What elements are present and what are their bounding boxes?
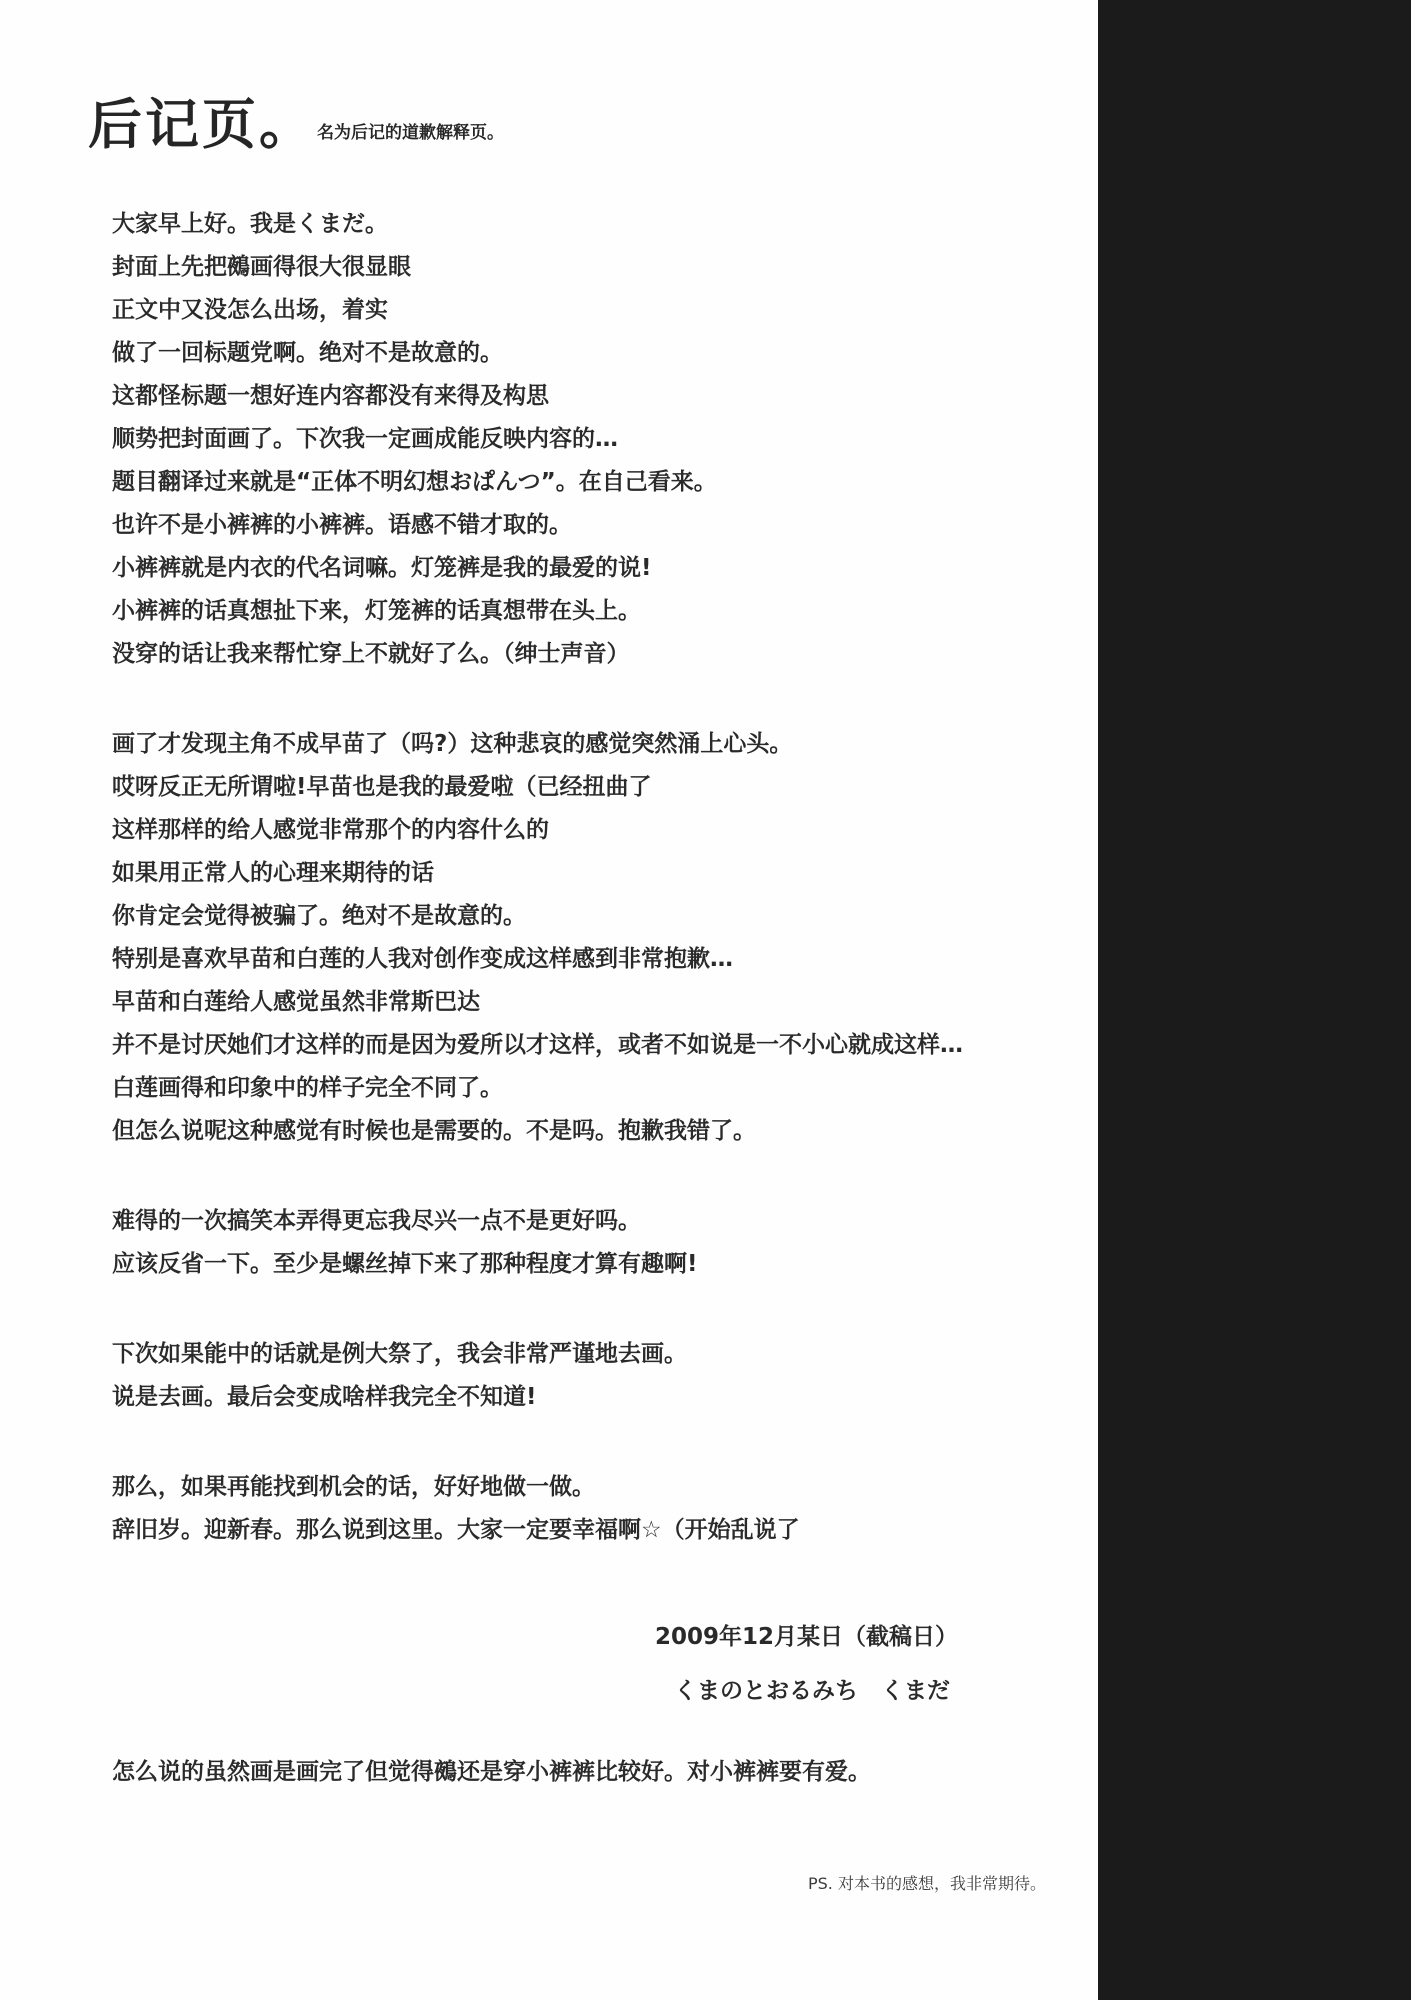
page-title: 后记页。 (88, 82, 316, 159)
text-line: 题目翻译过来就是“正体不明幻想おぱんつ”。在自己看来。 (112, 461, 1072, 504)
ps-note: PS. 对本书的感想，我非常期待。 (808, 1871, 1046, 1894)
paragraph-5: 那么，如果再能找到机会的话，好好地做一做。 辞旧岁。迎新春。那么说到这里。大家一… (112, 1466, 1072, 1552)
text-line: 并不是讨厌她们才这样的而是因为爱所以才这样，或者不如说是一不小心就成这样… (112, 1024, 1072, 1067)
text-line: 小裤裤就是内衣的代名词嘛。灯笼裤是我的最爱的说! (112, 547, 1072, 590)
date-line: 2009年12月某日（截稿日） (0, 1618, 958, 1651)
text-line: 这样那样的给人感觉非常那个的内容什么的 (112, 809, 1072, 852)
text-line: 顺势把封面画了。下次我一定画成能反映内容的… (112, 418, 1072, 461)
paragraph-4: 下次如果能中的话就是例大祭了，我会非常严谨地去画。 说是去画。最后会变成啥样我完… (112, 1333, 1072, 1419)
text-line: 也许不是小裤裤的小裤裤。语感不错才取的。 (112, 504, 1072, 547)
text-line: 封面上先把鵺画得很大很显眼 (112, 246, 1072, 289)
text-line: 辞旧岁。迎新春。那么说到这里。大家一定要幸福啊☆（开始乱说了 (112, 1509, 1072, 1552)
text-line: 这都怪标题一想好连内容都没有来得及构思 (112, 375, 1072, 418)
text-line: 应该反省一下。至少是螺丝掉下来了那种程度才算有趣啊! (112, 1243, 1072, 1286)
right-black-margin-bar (1098, 0, 1411, 2000)
afterword-page: 后记页。 名为后记的道歉解释页。 大家早上好。我是くまだ。 封面上先把鵺画得很大… (0, 0, 1411, 2000)
text-line: 大家早上好。我是くまだ。 (112, 203, 1072, 246)
text-line: 说是去画。最后会变成啥样我完全不知道! (112, 1376, 1072, 1419)
text-line: 下次如果能中的话就是例大祭了，我会非常严谨地去画。 (112, 1333, 1072, 1376)
signature-line: くまのとおるみち くまだ (0, 1672, 950, 1705)
text-line: 正文中又没怎么出场，着实 (112, 289, 1072, 332)
text-line: 早苗和白莲给人感觉虽然非常斯巴达 (112, 981, 1072, 1024)
text-line: 没穿的话让我来帮忙穿上不就好了么。（绅士声音） (112, 633, 1072, 676)
closing-line: 怎么说的虽然画是画完了但觉得鵺还是穿小裤裤比较好。对小裤裤要有爱。 (112, 1753, 871, 1786)
text-line: 哎呀反正无所谓啦!早苗也是我的最爱啦（已经扭曲了 (112, 766, 1072, 809)
text-line: 白莲画得和印象中的样子完全不同了。 (112, 1067, 1072, 1110)
paragraph-2: 画了才发现主角不成早苗了（吗?）这种悲哀的感觉突然涌上心头。 哎呀反正无所谓啦!… (112, 723, 1072, 1153)
text-line: 如果用正常人的心理来期待的话 (112, 852, 1072, 895)
page-subtitle: 名为后记的道歉解释页。 (317, 118, 504, 143)
text-line: 小裤裤的话真想扯下来，灯笼裤的话真想带在头上。 (112, 590, 1072, 633)
afterword-body: 大家早上好。我是くまだ。 封面上先把鵺画得很大很显眼 正文中又没怎么出场，着实 … (112, 203, 1072, 1552)
text-line: 但怎么说呢这种感觉有时候也是需要的。不是吗。抱歉我错了。 (112, 1110, 1072, 1153)
paragraph-3: 难得的一次搞笑本弄得更忘我尽兴一点不是更好吗。 应该反省一下。至少是螺丝掉下来了… (112, 1200, 1072, 1286)
text-line: 你肯定会觉得被骗了。绝对不是故意的。 (112, 895, 1072, 938)
text-line: 特别是喜欢早苗和白莲的人我对创作变成这样感到非常抱歉… (112, 938, 1072, 981)
paragraph-1: 大家早上好。我是くまだ。 封面上先把鵺画得很大很显眼 正文中又没怎么出场，着实 … (112, 203, 1072, 676)
text-line: 那么，如果再能找到机会的话，好好地做一做。 (112, 1466, 1072, 1509)
text-line: 难得的一次搞笑本弄得更忘我尽兴一点不是更好吗。 (112, 1200, 1072, 1243)
text-line: 画了才发现主角不成早苗了（吗?）这种悲哀的感觉突然涌上心头。 (112, 723, 1072, 766)
text-line: 做了一回标题党啊。绝对不是故意的。 (112, 332, 1072, 375)
